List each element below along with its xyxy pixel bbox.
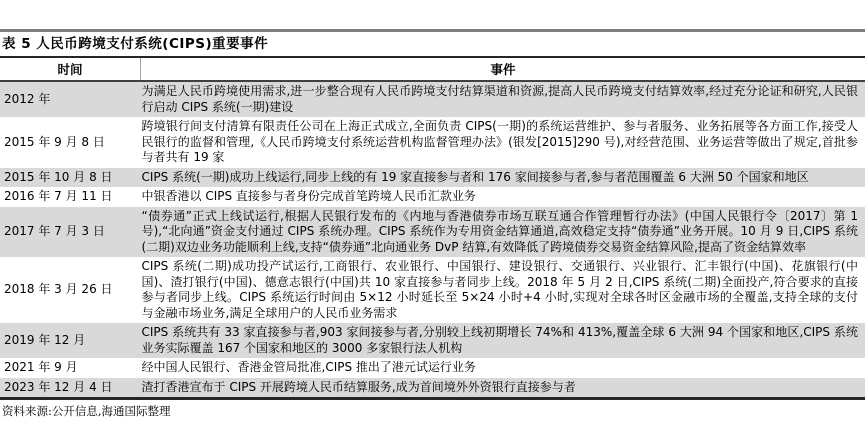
table-body: 2012 年 为满足人民币跨境使用需求,进一步整合现有人民币跨境支付结算渠道和资…: [0, 81, 865, 397]
document-page: 表 5 人民币跨境支付系统(CIPS)重要事件 时间 事件 2012 年 为满足…: [0, 0, 865, 445]
event-description-cell: 为满足人民币跨境使用需求,进一步整合现有人民币跨境支付结算渠道和资源,提高人民币…: [141, 81, 865, 117]
event-description-cell: “债券通”正式上线试运行,根据人民银行发布的《内地与香港债券市场互联互通合作管理…: [141, 207, 865, 258]
event-description-cell: 中银香港以 CIPS 直接参与者身份完成首笔跨境人民币汇款业务: [141, 187, 865, 207]
table-row: 2017 年 7 月 3 日 “债券通”正式上线试运行,根据人民银行发布的《内地…: [0, 207, 865, 258]
event-date-cell: 2012 年: [0, 81, 141, 117]
column-header-event: 事件: [141, 58, 865, 81]
table-row: 2018 年 3 月 26 日 CIPS 系统(二期)成功投产试运行,工商银行、…: [0, 257, 865, 323]
event-description-cell: CIPS 系统(一期)成功上线运行,同步上线的有 19 家直接参与者和 176 …: [141, 168, 865, 188]
event-date-cell: 2015 年 10 月 8 日: [0, 168, 141, 188]
header-row: 时间 事件: [0, 58, 865, 81]
events-table: 时间 事件 2012 年 为满足人民币跨境使用需求,进一步整合现有人民币跨境支付…: [0, 58, 865, 397]
event-date-cell: 2021 年 9 月: [0, 358, 141, 378]
table-row: 2021 年 9 月 经中国人民银行、香港金管局批准,CIPS 推出了港元试运行…: [0, 358, 865, 378]
table-row: 2015 年 9 月 8 日 跨境银行间支付清算有限责任公司在上海正式成立,全面…: [0, 117, 865, 168]
event-description-cell: 渣打香港宣布于 CIPS 开展跨境人民币结算服务,成为首间境外外资银行直接参与者: [141, 378, 865, 398]
event-date-cell: 2018 年 3 月 26 日: [0, 257, 141, 323]
event-date-cell: 2017 年 7 月 3 日: [0, 207, 141, 258]
table-row: 2015 年 10 月 8 日 CIPS 系统(一期)成功上线运行,同步上线的有…: [0, 168, 865, 188]
event-description-cell: CIPS 系统共有 33 家直接参与者,903 家间接参与者,分别较上线初期增长…: [141, 323, 865, 358]
event-date-cell: 2023 年 12 月 4 日: [0, 378, 141, 398]
event-description-cell: 跨境银行间支付清算有限责任公司在上海正式成立,全面负责 CIPS(一期)的系统运…: [141, 117, 865, 168]
event-date-cell: 2019 年 12 月: [0, 323, 141, 358]
event-description-cell: CIPS 系统(二期)成功投产试运行,工商银行、农业银行、中国银行、建设银行、交…: [141, 257, 865, 323]
top-margin: [0, 0, 865, 29]
event-description-cell: 经中国人民银行、香港金管局批准,CIPS 推出了港元试运行业务: [141, 358, 865, 378]
table-row: 2012 年 为满足人民币跨境使用需求,进一步整合现有人民币跨境支付结算渠道和资…: [0, 81, 865, 117]
event-date-cell: 2015 年 9 月 8 日: [0, 117, 141, 168]
table-row: 2019 年 12 月 CIPS 系统共有 33 家直接参与者,903 家间接参…: [0, 323, 865, 358]
table-row: 2023 年 12 月 4 日 渣打香港宣布于 CIPS 开展跨境人民币结算服务…: [0, 378, 865, 398]
event-date-cell: 2016 年 7 月 11 日: [0, 187, 141, 207]
table-row: 2016 年 7 月 11 日 中银香港以 CIPS 直接参与者身份完成首笔跨境…: [0, 187, 865, 207]
source-note: 资料来源:公开信息,海通国际整理: [0, 400, 865, 419]
column-header-time: 时间: [0, 58, 141, 81]
table-title: 表 5 人民币跨境支付系统(CIPS)重要事件: [0, 32, 865, 56]
table-header: 时间 事件: [0, 58, 865, 81]
